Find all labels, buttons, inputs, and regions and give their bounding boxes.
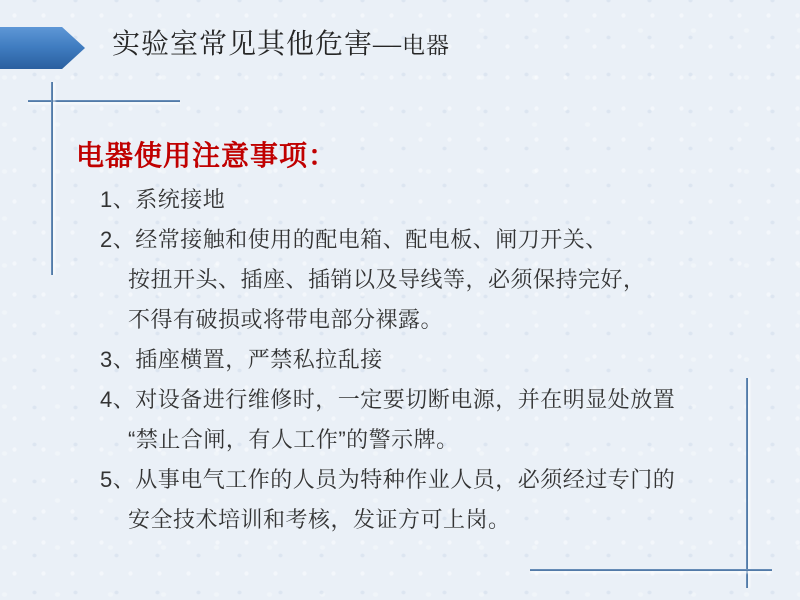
- section-heading: 电器使用注意事项：: [76, 134, 337, 174]
- list-item-3: 3、插座横置，严禁私拉乱接: [100, 340, 760, 380]
- list-item-1: 1、系统接地: [100, 180, 760, 220]
- list-item-4-cont-1: “禁止合闸，有人工作”的警示牌。: [100, 420, 760, 460]
- slide-title-main: 实验室常见其他危害—: [112, 29, 402, 60]
- right-vertical-rule: [746, 378, 748, 588]
- list-item-5-cont-1: 安全技术培训和考核，发证方可上岗。: [100, 500, 760, 540]
- list-item-4: 4、对设备进行维修时，一定要切断电源，并在明显处放置: [100, 380, 760, 420]
- list-item-5: 5、从事电气工作的人员为特种作业人员，必须经过专门的: [100, 460, 760, 500]
- slide-title-suffix: 电器: [402, 33, 450, 58]
- right-horizontal-rule: [530, 569, 772, 571]
- left-vertical-rule: [51, 82, 53, 275]
- list-item-2: 2、经常接触和使用的配电箱、配电板、闸刀开关、: [100, 220, 760, 260]
- list-item-2-cont-2: 不得有破损或将带电部分裸露。: [100, 300, 760, 340]
- slide-title: 实验室常见其他危害—电器: [112, 26, 450, 65]
- list-item-2-cont-1: 按扭开头、插座、插销以及导线等，必须保持完好，: [100, 260, 760, 300]
- presentation-slide: 实验室常见其他危害—电器 电器使用注意事项： 1、系统接地 2、经常接触和使用的…: [0, 0, 800, 600]
- notes-list: 1、系统接地 2、经常接触和使用的配电箱、配电板、闸刀开关、 按扭开头、插座、插…: [100, 180, 760, 540]
- title-banner-arrow-icon: [0, 27, 85, 69]
